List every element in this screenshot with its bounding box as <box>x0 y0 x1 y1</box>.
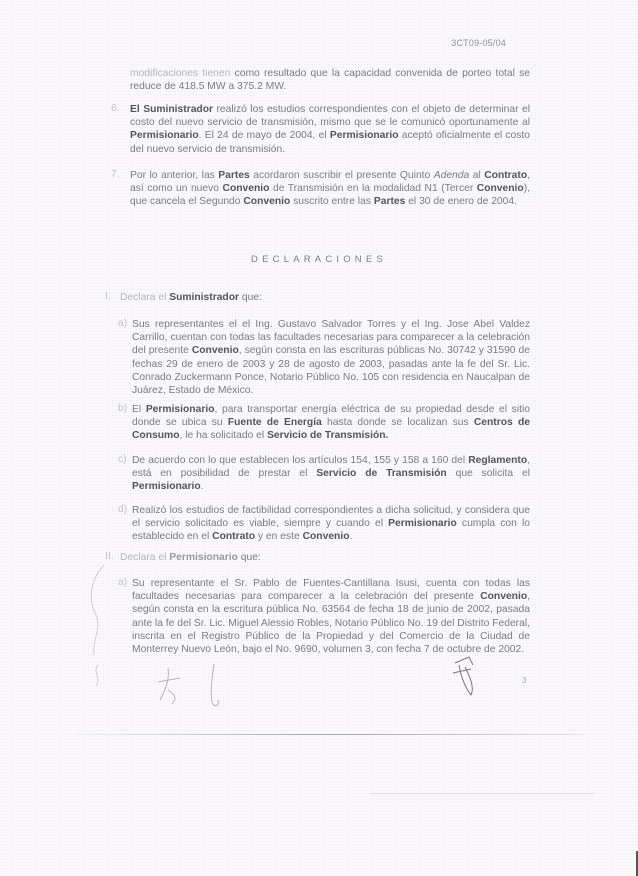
intro-text: Declara el <box>120 292 169 303</box>
document-id: 3CT09-05/04 <box>451 38 506 48</box>
text-segment: . <box>201 481 204 492</box>
margin-signature-mark <box>82 560 122 690</box>
text-segment: De acuerdo con lo que establecen los art… <box>132 455 468 466</box>
defined-term: Reglamento <box>468 455 527 466</box>
text-segment: al <box>469 170 484 181</box>
declaration-paragraph: Realizó los estudios de factibilidad cor… <box>132 504 530 544</box>
continuation-paragraph: modificaciones tienen como resultado que… <box>130 67 530 93</box>
section-intro: Declara el Permisionario que: <box>120 551 520 564</box>
scan-artifact-line <box>75 734 585 735</box>
item-letter: c) <box>118 454 127 465</box>
item-7-paragraph: Por lo anterior, las Partes acordaron su… <box>130 169 530 209</box>
intro-text: Declara el <box>120 552 169 563</box>
item-letter: d) <box>118 504 127 515</box>
defined-term: Fuente de Energía <box>228 417 322 428</box>
signature-middle-icon <box>200 660 230 710</box>
signature-left-icon <box>140 660 200 710</box>
defined-term: Servicio de Transmisión <box>316 468 446 479</box>
declaration-paragraph: Su representante el Sr. Pablo de Fuentes… <box>132 577 530 656</box>
item-number: 6. <box>111 103 120 114</box>
intro-text-end: que: <box>239 292 262 303</box>
defined-term: Convenio <box>223 183 270 194</box>
text-segment: acordaron suscribir el presente Quinto <box>250 170 434 181</box>
page-number: 3 <box>522 676 526 685</box>
defined-term: El Suministrador <box>130 104 213 115</box>
text-segment: Por lo anterior, las <box>130 170 218 181</box>
section-intro: Declara el Suministrador que: <box>120 291 520 304</box>
section-heading: DECLARACIONES <box>0 254 638 265</box>
text-segment: suscrito entre las <box>290 196 374 207</box>
scanned-document-page: 3CT09-05/04 modificaciones tienen como r… <box>0 0 638 876</box>
defined-term: Permisionario <box>388 518 457 529</box>
item-number: 7. <box>111 169 120 180</box>
defined-term: Convenio <box>192 345 239 356</box>
declaration-paragraph: De acuerdo con lo que establecen los art… <box>132 454 530 494</box>
defined-term: Partes <box>374 196 405 207</box>
scan-artifact-line <box>370 793 595 794</box>
defined-term: Convenio <box>480 591 527 602</box>
defined-term: Contrato <box>484 170 527 181</box>
declaration-paragraph: Sus representantes el el Ing. Gustavo Sa… <box>132 318 530 397</box>
defined-term: Permisionario <box>330 130 399 141</box>
defined-term: Servicio de Transmisión. <box>267 430 388 441</box>
defined-term: Permisionario <box>130 130 199 141</box>
defined-term: Permisionario <box>132 481 201 492</box>
defined-term: Convenio <box>243 196 290 207</box>
defined-term: Convenio <box>477 183 524 194</box>
item-letter: a) <box>118 318 127 329</box>
italic-term: Adenda <box>434 170 470 181</box>
text-segment: . El 24 de mayo de 2004, el <box>199 130 330 141</box>
intro-text-end: que: <box>238 552 261 563</box>
continuation-faint: modificaciones tienen <box>130 68 230 79</box>
defined-term: Contrato <box>212 531 255 542</box>
text-segment: Su representante el Sr. Pablo de Fuentes… <box>132 578 530 602</box>
defined-term: Partes <box>218 170 249 181</box>
text-segment: hasta donde se localizan sus <box>322 417 474 428</box>
text-segment: que solicita el <box>447 468 530 479</box>
defined-term: Convenio <box>303 531 350 542</box>
item-letter: b) <box>118 403 127 414</box>
section-number: I. <box>105 291 111 302</box>
intro-party: Permisionario <box>169 552 238 563</box>
text-segment: El <box>132 404 146 415</box>
text-segment: el 30 de enero de 2004. <box>405 196 517 207</box>
text-segment: . <box>350 531 353 542</box>
text-segment: de Transmisión en la modalidad N1 (Terce… <box>269 183 476 194</box>
text-segment: , le ha solicitado el <box>179 430 267 441</box>
signature-right-icon <box>445 653 485 703</box>
item-6-paragraph: El Suministrador realizó los estudios co… <box>130 103 530 156</box>
intro-party: Suministrador <box>169 292 239 303</box>
defined-term: Permisionario <box>146 404 215 415</box>
declaration-paragraph: El Permisionario, para transportar energ… <box>132 403 530 443</box>
text-segment: y en este <box>255 531 303 542</box>
